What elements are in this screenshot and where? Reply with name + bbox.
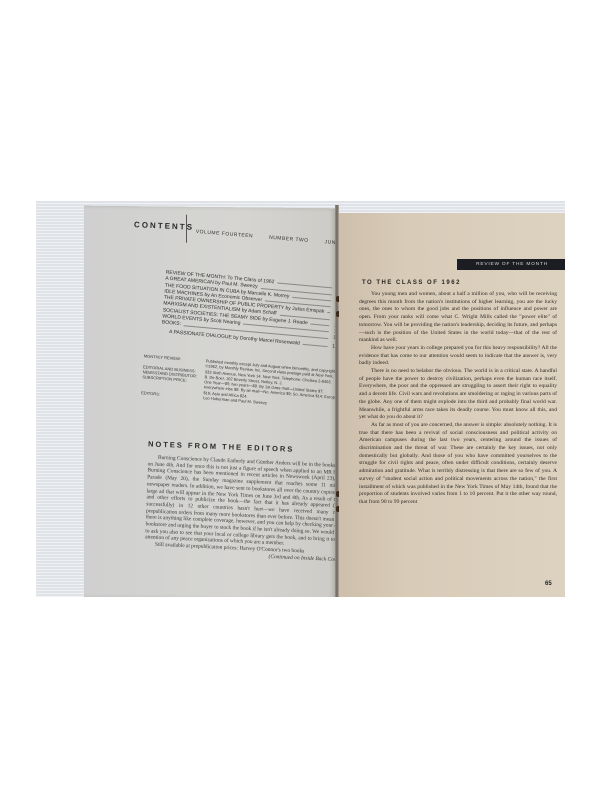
contents-divider [186, 215, 187, 243]
toc-leader [327, 309, 330, 314]
table-of-contents: REVIEW OF THE MONTH: To The Class of 196… [161, 270, 346, 351]
toc-leader [311, 320, 330, 326]
toc-leader [303, 341, 328, 348]
toc-title: BOOKS: [162, 320, 182, 328]
page-number: 65 [545, 581, 552, 587]
article-body: You young men and women, about a half a … [359, 291, 557, 507]
article-paragraph: There is no need to belabor the obvious.… [359, 368, 557, 422]
article-paragraph: You young men and women, about a half a … [359, 291, 557, 345]
notes-heading: NOTES FROM THE EDITORS [148, 439, 295, 453]
left-page: CONTENTS VOLUME FOURTEEN NUMBER TWO JUNE… [84, 206, 336, 597]
right-page: REVIEW OF THE MONTH TO THE CLASS OF 1962… [339, 213, 565, 597]
article-paragraph: As far as most of you are concerned, the… [359, 422, 557, 507]
masthead: MONTHLY REVIEW:Published monthly except … [141, 353, 343, 411]
magazine-photo: CONTENTS VOLUME FOURTEEN NUMBER TWO JUNE… [36, 201, 565, 597]
number-label: NUMBER TWO [269, 235, 309, 244]
issue-line: VOLUME FOURTEEN NUMBER TWO JUNE 1962 [196, 229, 355, 248]
notes-paragraph: Burning Conscience by Claude Eatherly an… [145, 454, 346, 550]
article-title: TO THE CLASS OF 1962 [362, 280, 461, 286]
article-paragraph: How have your years in college prepared … [359, 345, 557, 368]
volume-label: VOLUME FOURTEEN [196, 229, 254, 240]
section-bar: REVIEW OF THE MONTH [457, 259, 565, 270]
notes-body: Burning Conscience by Claude Eatherly an… [144, 454, 345, 563]
